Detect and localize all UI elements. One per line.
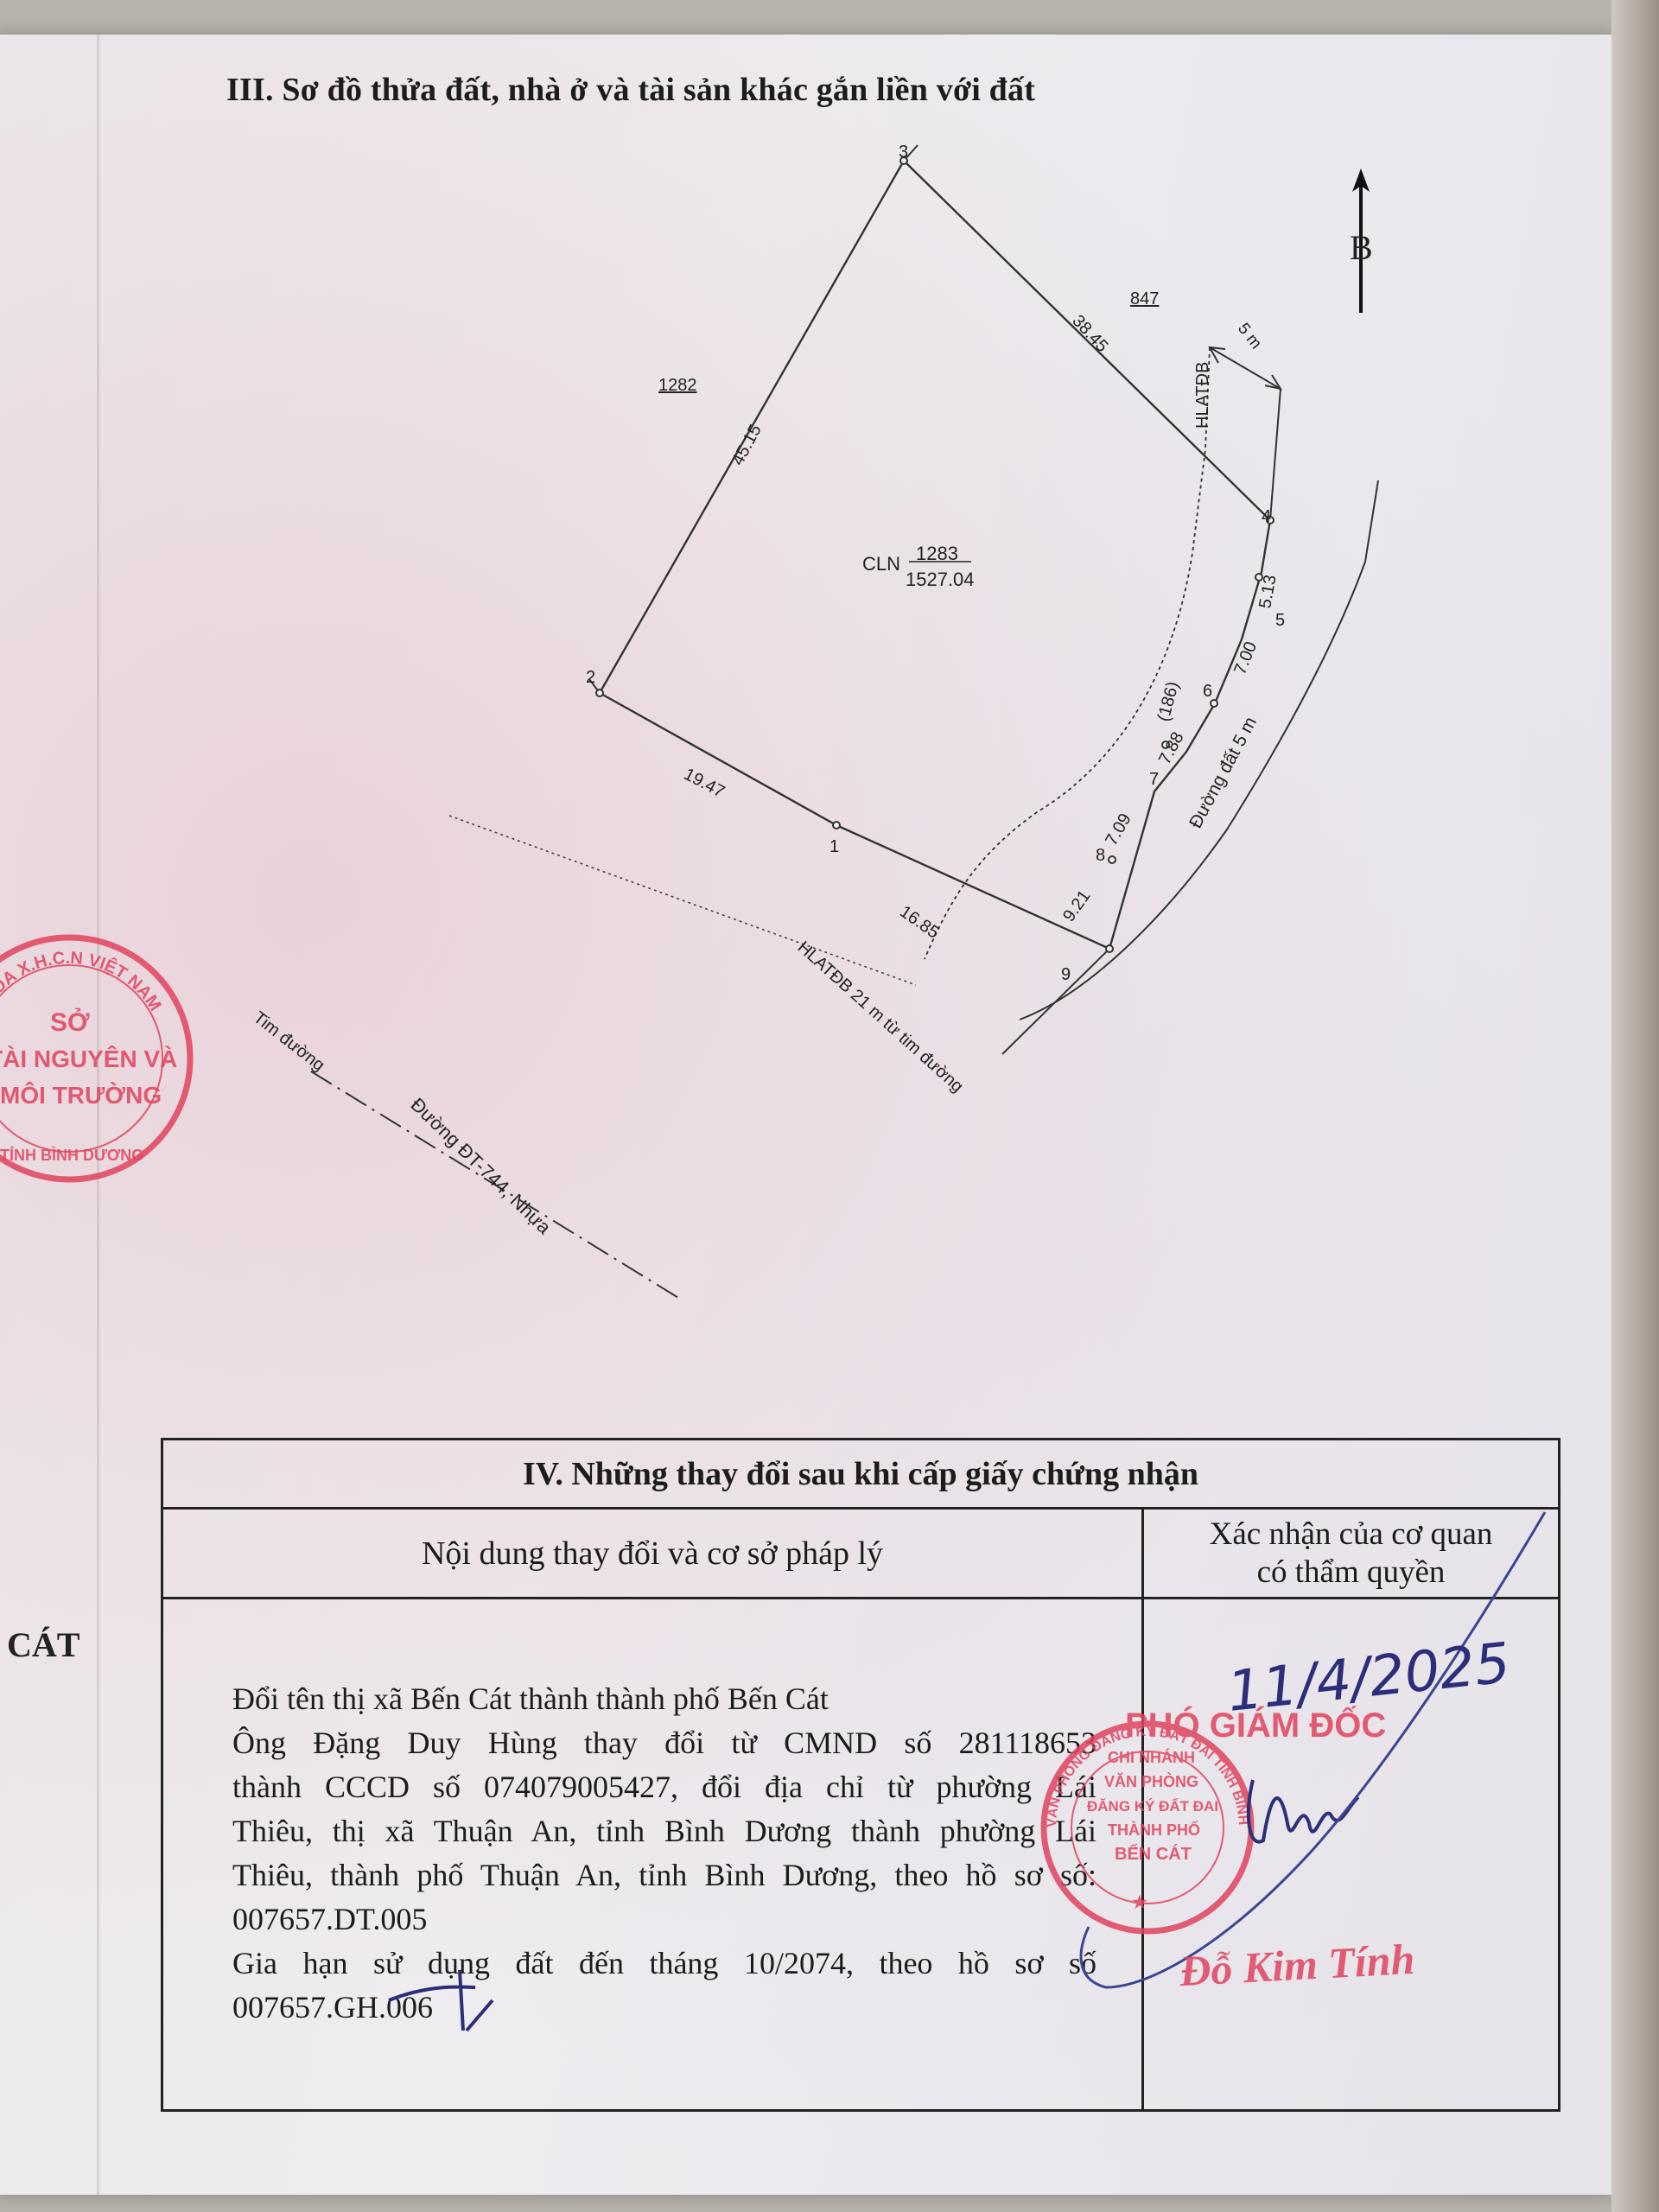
hlatdb-label: HLATĐB [1193,362,1212,429]
change-entry: Gia hạn sử dụng đất đến tháng 10/2074, t… [232,1942,1096,1986]
change-entry: Ông Đặng Duy Hùng thay đổi từ CMND số 28… [232,1721,1096,1765]
svg-text:CỘNG HÒA X.H.C.N VIỆT NAM: CỘNG HÒA X.H.C.N VIỆT NAM [0,949,165,1059]
svg-text:6: 6 [1203,682,1212,701]
svg-text:45.15: 45.15 [728,422,766,469]
change-entries: Đổi tên thị xã Bến Cát thành thành phố B… [232,1677,1096,2030]
svg-text:7.88: 7.88 [1155,729,1188,768]
change-content-cell: Đổi tên thị xã Bến Cát thành thành phố B… [163,1599,1144,2109]
svg-text:9.21: 9.21 [1059,887,1094,925]
column-header-content: Nội dung thay đổi và cơ sở pháp lý [163,1510,1144,1599]
road-center-label: Tim đường [250,1008,328,1076]
svg-text:9: 9 [1061,965,1071,984]
svg-text:38.45: 38.45 [1068,311,1111,356]
svg-text:19.47: 19.47 [681,765,728,802]
svg-text:1: 1 [829,837,839,856]
change-entry: 007657.GH.006 [232,1986,1096,2030]
svg-text:7.00: 7.00 [1230,639,1261,677]
main-road-label: Đường ĐT-744, Nhựa [407,1094,556,1239]
left-margin-text: CÁT [7,1624,79,1665]
svg-text:7: 7 [1149,770,1159,789]
dirt-road-label: Đường đất 5 m [1185,714,1261,831]
north-label: B [1350,228,1373,267]
change-entry: Đổi tên thị xã Bến Cát thành thành phố B… [232,1677,1096,1721]
svg-text:2: 2 [586,668,595,687]
svg-text:5: 5 [1275,611,1285,630]
column-header-confirmation: Xác nhận của cơ quan có thẩm quyền [1144,1510,1558,1599]
hlatdb-boundary [925,347,1210,959]
land-use-code: CLN [862,553,900,575]
svg-text:3: 3 [899,143,908,162]
svg-text:7.09: 7.09 [1102,810,1135,849]
hlatdb-21m-line [449,816,916,985]
changes-table: IV. Những thay đổi sau khi cấp giấy chứn… [161,1438,1560,2112]
hlatdb-21m-label: HLATĐB 21 m từ tim đường [794,938,967,1096]
svg-text:SỞ: SỞ [50,1007,90,1037]
svg-text:16.85: 16.85 [896,902,943,943]
svg-text:8: 8 [1096,846,1105,865]
offset-5m-label: 5 m [1234,320,1265,353]
road-number: (186) [1154,679,1183,723]
neighbor-parcel: 847 [1130,289,1159,308]
change-entry: Thiêu, thành phố Thuận An, tỉnh Bình Dươ… [232,1853,1096,1897]
land-plot-diagram: B 1 2 3 4 5 6 7 8 9 CLN 1283 1527.04 [0,0,1659,1382]
change-entry: thành CCCD số 074079005427, đổi địa chỉ … [232,1765,1096,1809]
parcel-area: 1527.04 [906,569,975,590]
svg-text:TÀI NGUYÊN VÀ: TÀI NGUYÊN VÀ [0,1046,177,1072]
svg-text:4: 4 [1262,507,1271,526]
north-arrow-icon: B [1350,168,1373,313]
dirt-road-edge [1020,480,1378,1020]
department-seal-stamp: CỘNG HÒA X.H.C.N VIỆT NAM SỞ TÀI NGUYÊN … [0,929,199,1188]
svg-text:TỈNH BÌNH DƯƠNG: TỈNH BÌNH DƯƠNG [0,1146,143,1164]
svg-text:MÔI TRƯỜNG: MÔI TRƯỜNG [0,1081,162,1109]
neighbor-parcel: 1282 [658,376,697,395]
section-4-title: IV. Những thay đổi sau khi cấp giấy chứn… [163,1440,1558,1510]
change-entry: 007657.DT.005 [232,1897,1096,1942]
change-entry: Thiêu, thị xã Thuận An, tỉnh Bình Dương … [232,1809,1096,1853]
